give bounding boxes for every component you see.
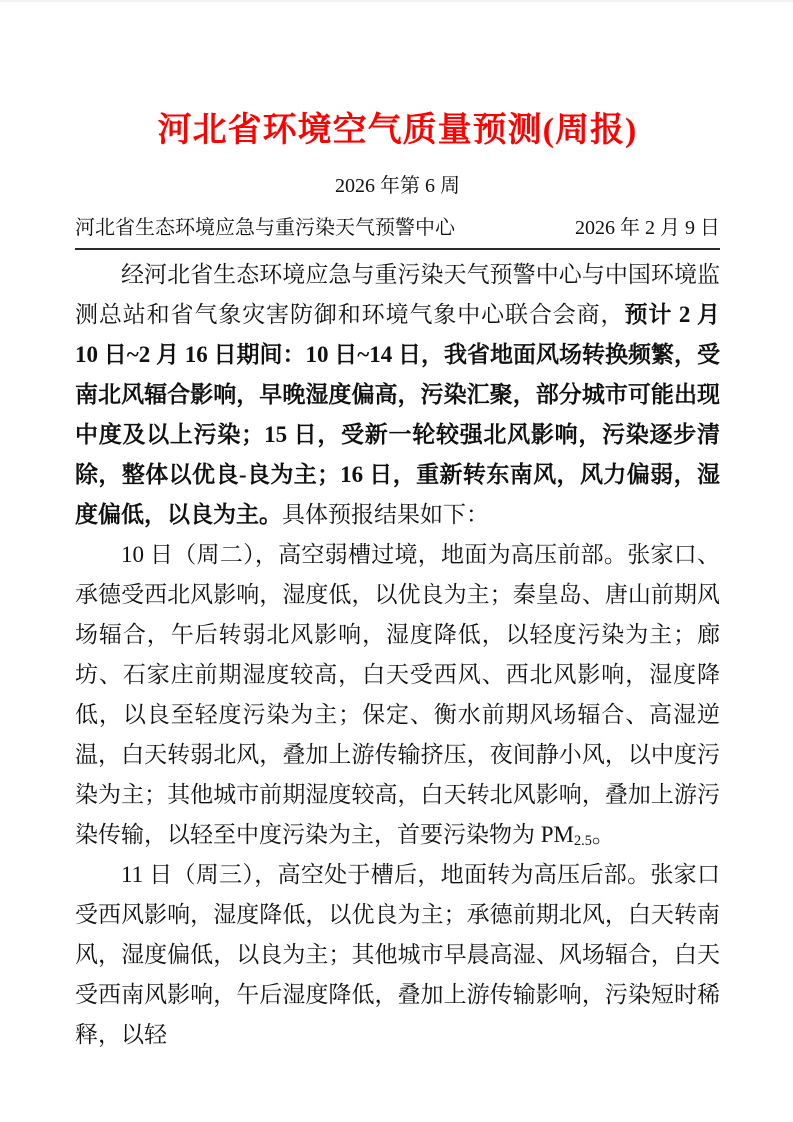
issue-date: 2026 年 2 月 9 日 xyxy=(575,214,720,242)
day10-forecast-tail: 。 xyxy=(592,822,615,847)
paragraph-day11-forecast: 11 日（周三），高空处于槽后，地面转为高压后部。张家口受西风影响，湿度降低，以… xyxy=(75,855,720,1055)
overview-forecast-bold-text: 预计 2 月 10 日~2 月 16 日期间：10 日~14 日，我省地面风场转… xyxy=(75,302,720,527)
document-content: 河北省环境空气质量预测(周报) 2026 年第 6 周 河北省生态环境应急与重污… xyxy=(75,2,720,1055)
issuer-name: 河北省生态环境应急与重污染天气预警中心 xyxy=(75,214,455,242)
paragraph-overview: 经河北省生态环境应急与重污染天气预警中心与中国环境监测总站和省气象灾害防御和环境… xyxy=(75,255,720,535)
day10-forecast-text: 10 日（周二），高空弱槽过境，地面为高压前部。张家口、承德受西北风影响，湿度低… xyxy=(75,542,720,847)
day11-forecast-text: 11 日（周三），高空处于槽后，地面转为高压后部。张家口受西风影响，湿度降低，以… xyxy=(75,862,720,1047)
document-page: 河北省环境空气质量预测(周报) 2026 年第 6 周 河北省生态环境应急与重污… xyxy=(0,0,793,1122)
overview-tail-text: 具体预报结果如下： xyxy=(282,502,489,527)
week-label: 2026 年第 6 周 xyxy=(75,172,720,200)
paragraph-day10-forecast: 10 日（周二），高空弱槽过境，地面为高压前部。张家口、承德受西北风影响，湿度低… xyxy=(75,535,720,855)
page-title: 河北省环境空气质量预测(周报) xyxy=(75,2,720,156)
pm25-subscript: 2.5 xyxy=(574,833,592,849)
issuer-date-row: 河北省生态环境应急与重污染天气预警中心 2026 年 2 月 9 日 xyxy=(75,214,720,250)
forecast-body: 经河北省生态环境应急与重污染天气预警中心与中国环境监测总站和省气象灾害防御和环境… xyxy=(75,255,720,1055)
